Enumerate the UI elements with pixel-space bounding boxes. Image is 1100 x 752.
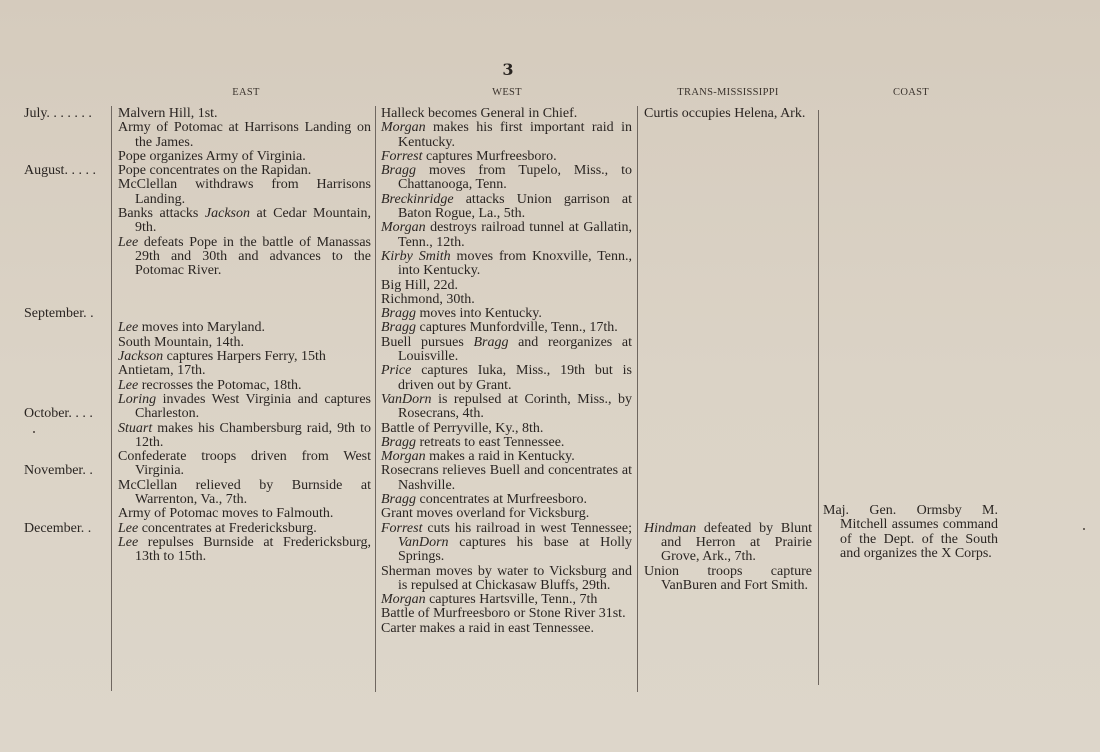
entry-person: Price [381, 363, 411, 378]
entry-text: Banks attacks [118, 206, 205, 221]
entry-person: Kirby Smith [381, 249, 451, 264]
chronology-entry: Carter makes a raid in east Tennessee. [381, 622, 632, 636]
entry-person: VanDorn [381, 392, 432, 407]
entry-text: moves into Maryland. [138, 320, 265, 335]
entry-text: cuts his railroad in west Tennessee; [422, 521, 632, 536]
entry-text: captures Munfordville, Tenn., 17th. [416, 320, 618, 335]
spacer [644, 121, 812, 521]
entry-text: Halleck becomes General in Chief. [381, 106, 577, 121]
entry-text: Richmond, 30th. [381, 292, 475, 307]
chronology-entry: Pope organizes Army of Virginia. [118, 150, 371, 164]
entry-text: Grant moves overland for Vicksburg. [381, 506, 589, 521]
entry-text: repulses Burnside at Fredericksburg, 13t… [135, 535, 371, 564]
chronology-entry: Lee moves into Maryland. [118, 321, 371, 335]
entry-text: Curtis occupies Helena, Ark. [644, 106, 805, 121]
chronology-entry: Bragg captures Munfordville, Tenn., 17th… [381, 321, 632, 335]
entry-person: Morgan [381, 220, 426, 235]
chronology-entry: Buell pursues Bragg and reorganizes at L… [381, 336, 632, 365]
chronology-entry: Bragg concentrates at Murfreesboro. [381, 493, 632, 507]
entry-text: McClellan relieved by Burnside at Warren… [118, 478, 371, 507]
month-label: December. . [24, 522, 91, 536]
entry-text: Malvern Hill, 1st. [118, 106, 218, 121]
chronology-entry: McClellan withdraws from Harrisons Landi… [118, 178, 371, 207]
chronology-entry: McClellan relieved by Burnside at Warren… [118, 479, 371, 508]
entry-person: VanDorn [398, 535, 449, 550]
chronology-entry: Bragg moves from Tupelo, Miss., to Chatt… [381, 164, 632, 193]
entry-person: Breckinridge [381, 192, 454, 207]
entry-person: Bragg [473, 335, 508, 350]
entry-text: retreats to east Tennessee. [416, 435, 564, 450]
entry-text: captures Murfreesboro. [422, 149, 556, 164]
month-label: September. . [24, 307, 94, 321]
chronology-entry: Breckinridge attacks Union garrison at B… [381, 193, 632, 222]
entry-person: Loring [118, 392, 156, 407]
entry-person: Lee [118, 378, 138, 393]
chronology-entry: Loring invades West Virginia and capture… [118, 393, 371, 422]
chronology-entry: Forrest captures Murfreesboro. [381, 150, 632, 164]
chronology-entry: Army of Potomac at Harrisons Landing on … [118, 121, 371, 150]
chronology-entry: Confederate troops driven from West Virg… [118, 450, 371, 479]
chronology-entry: Battle of Murfreesboro or Stone River 31… [381, 607, 632, 621]
entry-text: destroys railroad tunnel at Gallatin, Te… [398, 220, 632, 249]
entry-text: captures Hartsville, Tenn., 7th [426, 592, 598, 607]
chronology-entry: Bragg retreats to east Tennessee. [381, 436, 632, 450]
entry-text: Army of Potomac at Harrisons Landing on … [118, 120, 371, 149]
chronology-entry: Pope concentrates on the Rapidan. [118, 164, 371, 178]
entry-person: Jackson [118, 349, 163, 364]
chronology-entry: Halleck becomes General in Chief. [381, 107, 632, 121]
chronology-entry: Morgan destroys railroad tunnel at Galla… [381, 221, 632, 250]
entry-text: makes his first important raid in Kentuc… [398, 120, 632, 149]
coast-column: Maj. Gen. Ormsby M. Mitchell assumes com… [823, 304, 998, 561]
entry-text: concentrates at Murfreesboro. [416, 492, 587, 507]
spacer [118, 279, 371, 322]
page-number: 3 [498, 60, 518, 79]
column-rule [375, 106, 376, 692]
entry-person: Bragg [381, 163, 416, 178]
entry-text: Battle of Murfreesboro or Stone River 31… [381, 606, 626, 621]
east-column: Malvern Hill, 1st.Army of Potomac at Har… [118, 107, 371, 565]
entry-person: Lee [118, 320, 138, 335]
month-label: October. . . . [24, 407, 93, 421]
chronology-entry: VanDorn is repulsed at Corinth, Miss., b… [381, 393, 632, 422]
entry-text: Sherman moves by water to Vicksburg and … [381, 564, 632, 593]
trans-mississippi-column: Curtis occupies Helena, Ark.Hindman defe… [644, 107, 812, 593]
entry-person: Forrest [381, 521, 422, 536]
chronology-entry: Battle of Perryville, Ky., 8th. [381, 422, 632, 436]
column-rule [818, 110, 819, 685]
entry-person: Lee [118, 235, 138, 250]
chronology-entry: Lee repulses Burnside at Fredericksburg,… [118, 536, 371, 565]
paper-speck [33, 431, 35, 433]
entry-person: Stuart [118, 421, 152, 436]
chronology-entry: Antietam, 17th. [118, 364, 371, 378]
column-header-east: EAST [118, 87, 374, 98]
chronology-entry: Union troops capture VanBuren and Fort S… [644, 565, 812, 594]
chronology-entry: Lee defeats Pope in the battle of Manass… [118, 236, 371, 279]
entry-person: Lee [118, 535, 138, 550]
column-rule [637, 106, 638, 692]
entry-person: Lee [118, 521, 138, 536]
chronology-entry: Lee recrosses the Potomac, 18th. [118, 379, 371, 393]
chronology-entry: Jackson captures Harpers Ferry, 15th [118, 350, 371, 364]
entry-text: concentrates at Fredericksburg. [138, 521, 317, 536]
entry-text: Confederate troops driven from West Virg… [118, 449, 371, 478]
entry-text: Buell pursues [381, 335, 473, 350]
entry-person: Bragg [381, 492, 416, 507]
entry-text: captures Iuka, Miss., 19th but is driven… [398, 363, 632, 392]
entry-text: Antietam, 17th. [118, 363, 206, 378]
chronology-entry: Morgan captures Hartsville, Tenn., 7th [381, 593, 632, 607]
chronology-entry: Richmond, 30th. [381, 293, 632, 307]
entry-text: invades West Virginia and captures Charl… [135, 392, 371, 421]
entry-person: Forrest [381, 149, 422, 164]
entry-person: Morgan [381, 592, 426, 607]
chronology-entry: Rosecrans relieves Buell and concentrate… [381, 464, 632, 493]
entry-text: moves into Kentucky. [416, 306, 542, 321]
entry-text: South Mountain, 14th. [118, 335, 244, 350]
chronology-entry: Bragg moves into Kentucky. [381, 307, 632, 321]
entry-person: Bragg [381, 306, 416, 321]
chronology-entry: Forrest cuts his railroad in west Tennes… [381, 522, 632, 565]
entry-person: Morgan [381, 449, 426, 464]
spacer [823, 304, 998, 504]
entry-text: defeats Pope in the battle of Manassas 2… [135, 235, 371, 279]
entry-text: Pope concentrates on the Rapidan. [118, 163, 311, 178]
chronology-entry: Price captures Iuka, Miss., 19th but is … [381, 364, 632, 393]
month-label: August. . . . . [24, 164, 96, 178]
column-header-coast: COAST [822, 87, 1000, 98]
entry-text: Union troops capture VanBuren and Fort S… [644, 564, 812, 593]
chronology-entry: Morgan makes a raid in Kentucky. [381, 450, 632, 464]
entry-text: makes a raid in Kentucky. [426, 449, 575, 464]
entry-text: Battle of Perryville, Ky., 8th. [381, 421, 543, 436]
chronology-entry: Stuart makes his Chambersburg raid, 9th … [118, 422, 371, 451]
entry-text: Maj. Gen. Ormsby M. Mitchell assumes com… [823, 503, 998, 561]
paper-speck [1083, 528, 1085, 530]
entry-text: moves from Tupelo, Miss., to Chattanooga… [398, 163, 632, 192]
west-column: Halleck becomes General in Chief.Morgan … [381, 107, 632, 636]
chronology-entry: Banks attacks Jackson at Cedar Mountain,… [118, 207, 371, 236]
entry-text: McClellan withdraws from Harrisons Landi… [118, 177, 371, 206]
chronology-entry: Morgan makes his first important raid in… [381, 121, 632, 150]
entry-person: Morgan [381, 120, 426, 135]
entry-text: Big Hill, 22d. [381, 278, 458, 293]
chronology-entry: Lee concentrates at Fredericksburg. [118, 522, 371, 536]
chronology-entry: Sherman moves by water to Vicksburg and … [381, 565, 632, 594]
entry-person: Bragg [381, 320, 416, 335]
month-label: November. . [24, 464, 93, 478]
entry-person: Bragg [381, 435, 416, 450]
entry-text: is repulsed at Corinth, Miss., by Rosecr… [398, 392, 632, 421]
entry-person: Hindman [644, 521, 696, 536]
column-header-west: WEST [381, 87, 633, 98]
entry-text: Carter makes a raid in east Tennessee. [381, 621, 594, 636]
month-label: July. . . . . . . [24, 107, 92, 121]
chronology-entry: Maj. Gen. Ormsby M. Mitchell assumes com… [823, 504, 998, 561]
entry-text: captures Harpers Ferry, 15th [163, 349, 326, 364]
chronology-entry: Malvern Hill, 1st. [118, 107, 371, 121]
chronology-entry: Army of Potomac moves to Falmouth. [118, 507, 371, 521]
entry-text: Rosecrans relieves Buell and concentrate… [381, 463, 632, 492]
column-rule [111, 106, 112, 691]
entry-text: Pope organizes Army of Virginia. [118, 149, 306, 164]
entry-text: Army of Potomac moves to Falmouth. [118, 506, 333, 521]
column-header-trans-mississippi: TRANS-MISSISSIPPI [640, 87, 816, 98]
chronology-entry: Curtis occupies Helena, Ark. [644, 107, 812, 121]
chronology-entry: South Mountain, 14th. [118, 336, 371, 350]
entry-text: makes his Chambersburg raid, 9th to 12th… [135, 421, 371, 450]
entry-person: Jackson [205, 206, 250, 221]
chronology-entry: Big Hill, 22d. [381, 279, 632, 293]
entry-text: recrosses the Potomac, 18th. [138, 378, 301, 393]
chronology-entry: Kirby Smith moves from Knoxville, Tenn.,… [381, 250, 632, 279]
chronology-entry: Hindman defeated by Blunt and Herron at … [644, 522, 812, 565]
chronology-entry: Grant moves overland for Vicksburg. [381, 507, 632, 521]
